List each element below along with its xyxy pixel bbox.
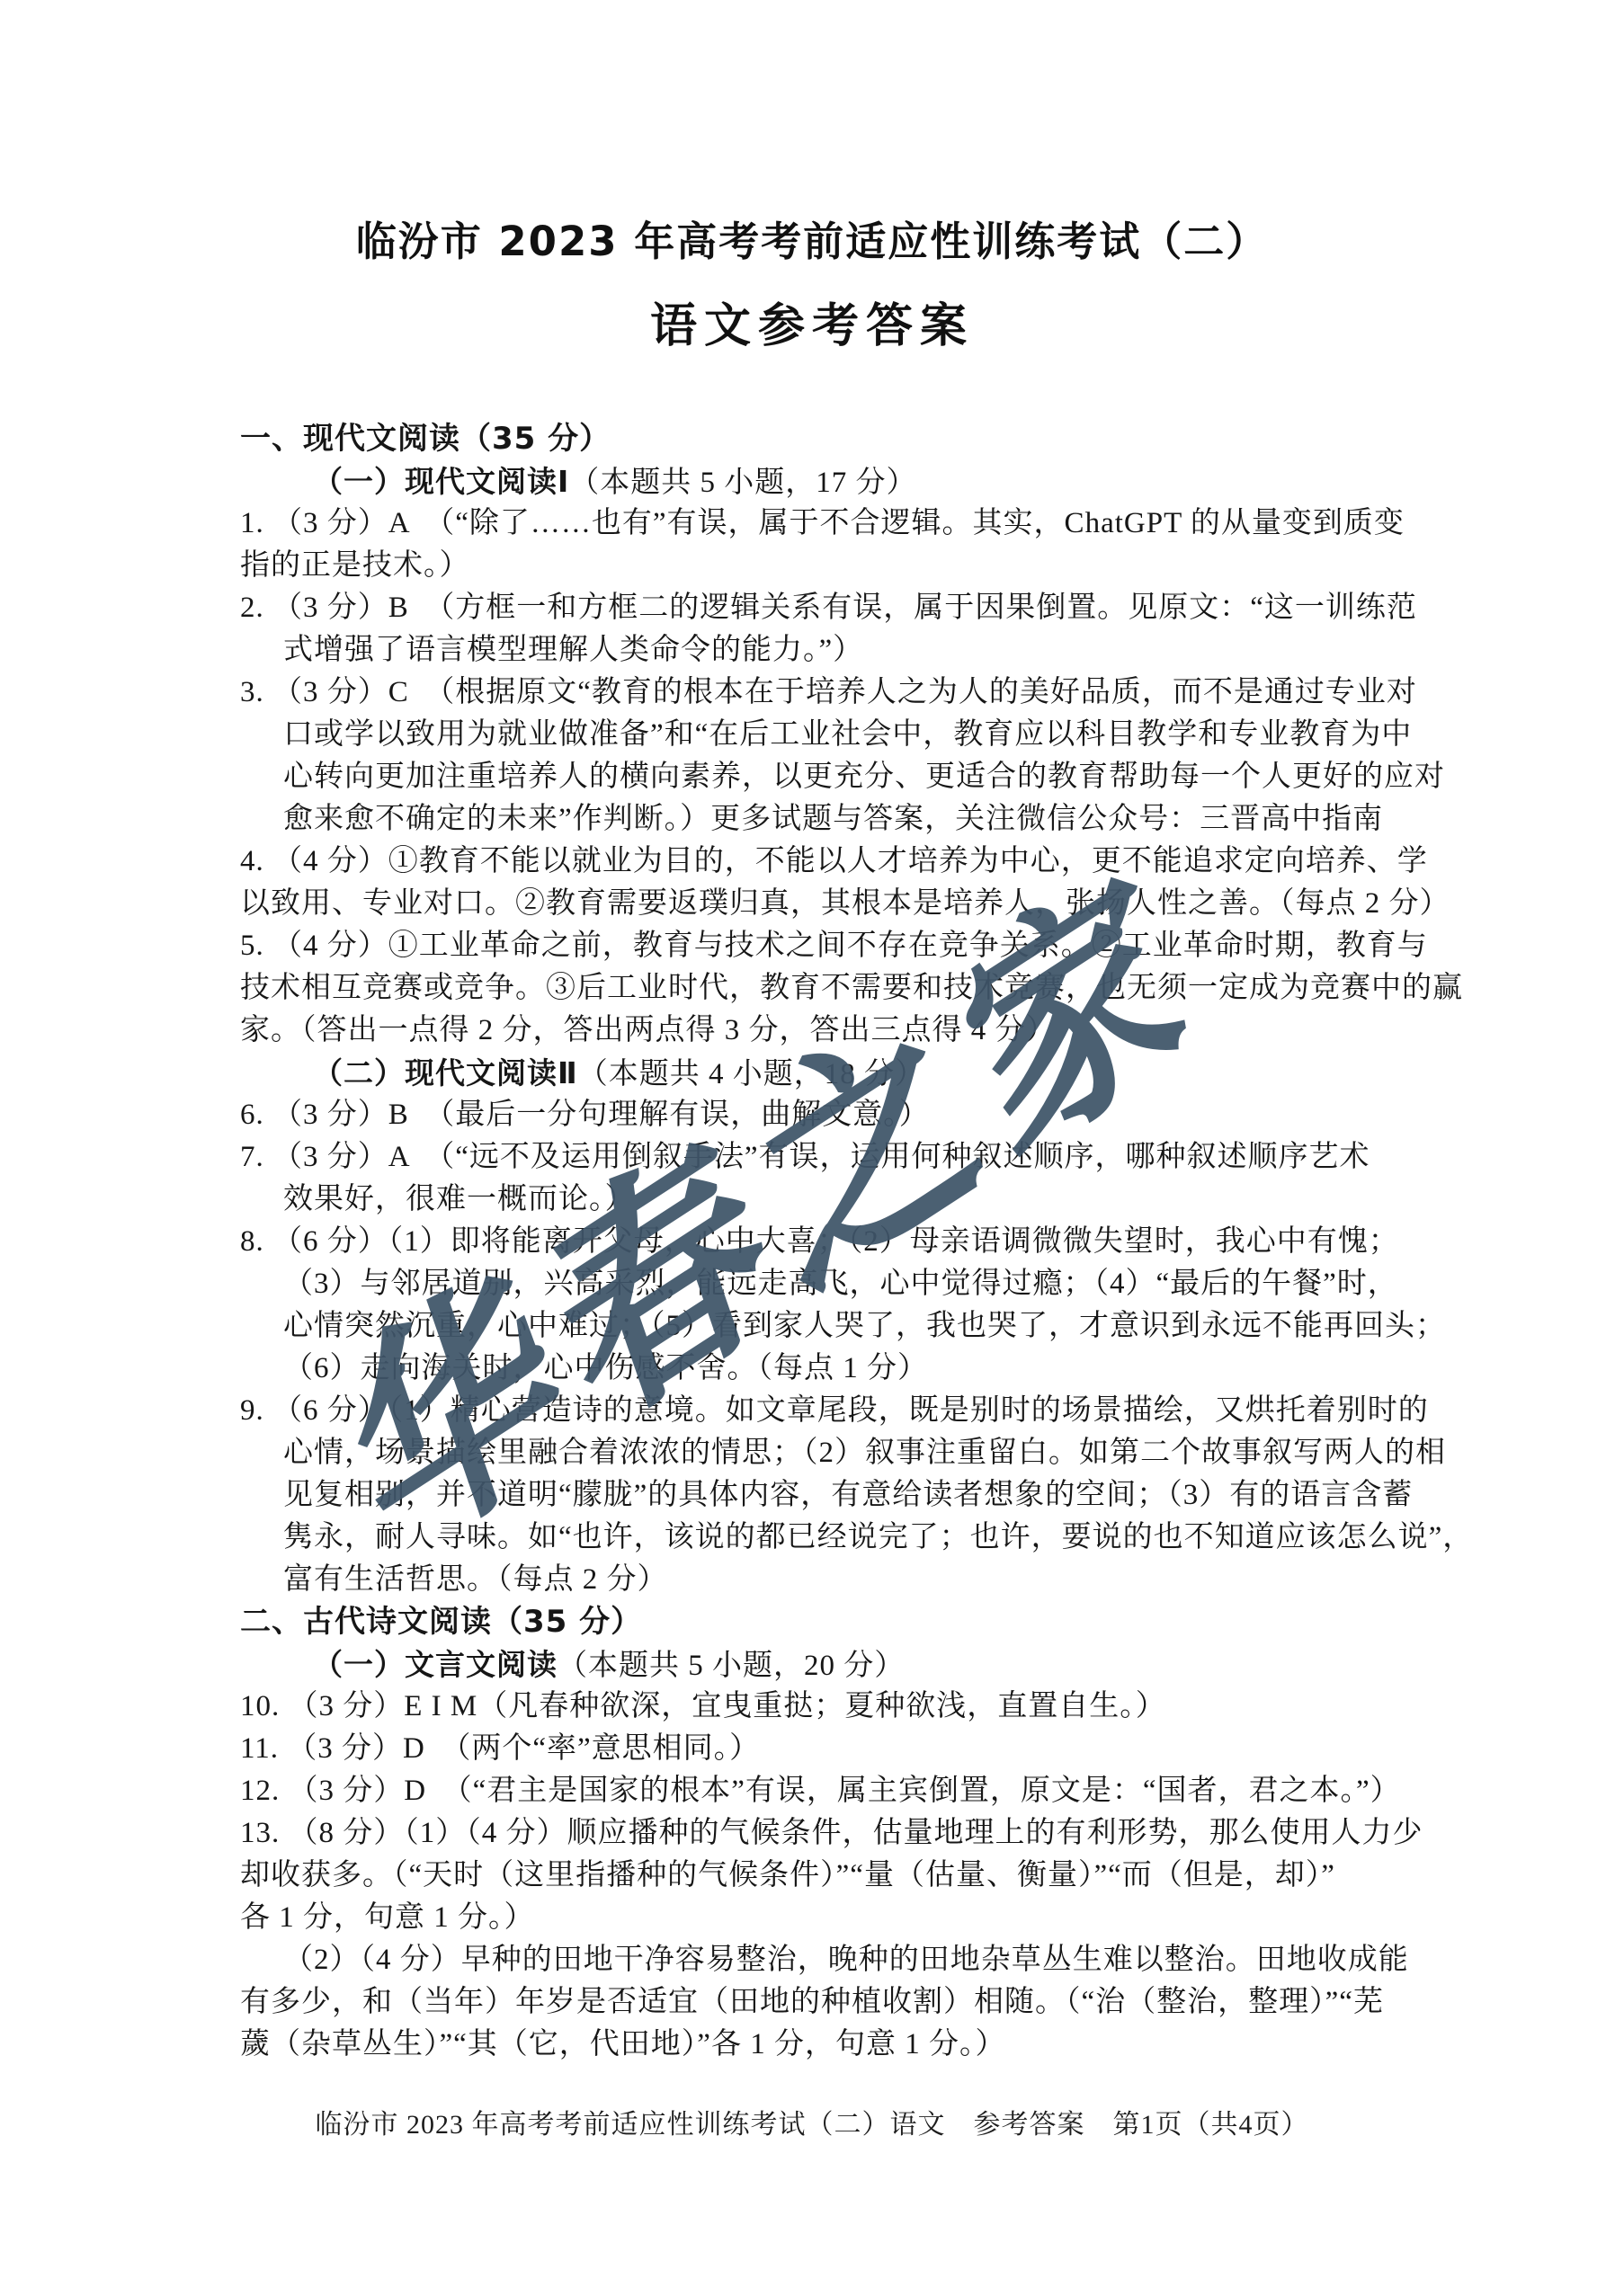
answer-line: 却收获多。（“天时（这里指播种的气候条件）”“量（估量、衡量）”“而（但是，却）… (240, 1855, 1409, 1897)
answer-line: 3. （3 分）C （根据原文“教育的根本在于培养人之为人的美好品质，而不是通过… (240, 672, 1409, 714)
answer-line-text: 心转向更加注重培养人的横向素养，以更充分、更适合的教育帮助每一个人更好的应对 (283, 761, 1445, 793)
answer-line-text: 效果好，很难一概而论。） (283, 1183, 636, 1215)
answer-line-heading: （一）文言文阅读 (313, 1647, 558, 1682)
answer-line-text: 技术相互竞赛或竞争。③后工业时代，教育不需要和技术竞赛，也无须一定成为竞赛中的赢 (240, 972, 1463, 1004)
answer-line-text: 2. （3 分）B （方框一和方框二的逻辑关系有误，属于因果倒置。见原文：“这一… (240, 592, 1417, 624)
answer-line: （一）现代文阅读Ⅰ（本题共 5 小题，17 分） (240, 460, 1409, 503)
exam-answer-sheet-page: 临汾市 2023 年高考考前适应性训练考试（二） 语文参考答案 一、现代文阅读（… (0, 0, 1624, 2296)
answer-line-text: （本题共 4 小题，18 分） (578, 1058, 925, 1090)
answer-line: 心转向更加注重培养人的横向素养，以更充分、更适合的教育帮助每一个人更好的应对 (240, 756, 1409, 798)
answer-line-text: 10. （3 分）E I M（凡春种欲深，宜曳重挞；夏种欲浅，直置自生。） (240, 1690, 1166, 1722)
answer-line-heading: （二）现代文阅读Ⅱ (313, 1055, 578, 1090)
answer-line: 指的正是技术。） (240, 545, 1409, 587)
answer-line: 2. （3 分）B （方框一和方框二的逻辑关系有误，属于因果倒置。见原文：“这一… (240, 587, 1409, 629)
answer-line-text: 隽永，耐人寻味。如“也许，该说的都已经说完了；也许，要说的也不知道应该怎么说”， (283, 1521, 1473, 1553)
answer-line-text: 薉（杂草丛生）”“其（它，代田地）”各 1 分，句意 1 分。） (240, 2028, 1005, 2060)
answer-line: 11. （3 分）D （两个“率”意思相同。） (240, 1728, 1409, 1770)
answer-line-text: 8. （6 分）（1）即将能离开父母，心中大喜；（2）母亲语调微微失望时，我心中… (240, 1225, 1399, 1258)
answer-line-text: 有多少，和（当年）年岁是否适宜（田地的种植收割）相随。（“治（整治，整理）”“芜 (240, 1986, 1384, 2018)
answer-line: 7. （3 分）A （“远不及运用倒叙手法”有误，运用何种叙述顺序，哪种叙述顺序… (240, 1136, 1409, 1179)
answer-line-text: 4. （4 分）①教育不能以就业为目的，不能以人才培养为中心，更不能追求定向培养… (240, 845, 1428, 877)
answer-line: 式增强了语言模型理解人类命令的能力。”） (240, 629, 1409, 672)
answer-line: 1. （3 分）A （“除了……也有”有误，属于不合逻辑。其实，ChatGPT … (240, 503, 1409, 545)
answer-line: 隽永，耐人寻味。如“也许，该说的都已经说完了；也许，要说的也不知道应该怎么说”， (240, 1517, 1409, 1559)
document-subtitle: 语文参考答案 (0, 288, 1624, 355)
answer-line-text: 13. （8 分）（1）（4 分）顺应播种的气候条件，估量地理上的有利形势，那么… (240, 1817, 1423, 1849)
answer-line: 技术相互竞赛或竞争。③后工业时代，教育不需要和技术竞赛，也无须一定成为竞赛中的赢 (240, 967, 1409, 1010)
answer-line-text: 1. （3 分）A （“除了……也有”有误，属于不合逻辑。其实，ChatGPT … (240, 507, 1405, 539)
answer-line: 口或学以致用为就业做准备”和“在后工业社会中，教育应以科目教学和专业教育为中 (240, 714, 1409, 756)
answer-line: 10. （3 分）E I M（凡春种欲深，宜曳重挞；夏种欲浅，直置自生。） (240, 1686, 1409, 1728)
answer-line-text: 却收获多。（“天时（这里指播种的气候条件）”“量（估量、衡量）”“而（但是，却）… (240, 1859, 1335, 1891)
answer-line-text: 心情突然沉重，心中难过；（5）看到家人哭了，我也哭了，才意识到永远不能再回头； (283, 1310, 1446, 1342)
answer-line: 效果好，很难一概而论。） (240, 1179, 1409, 1221)
answer-line: 有多少，和（当年）年岁是否适宜（田地的种植收割）相随。（“治（整治，整理）”“芜 (240, 1981, 1409, 2024)
answer-line-text: 3. （3 分）C （根据原文“教育的根本在于培养人之为人的美好品质，而不是通过… (240, 676, 1417, 708)
answer-line: （2）（4 分）早种的田地干净容易整治，晚种的田地杂草丛生难以整治。田地收成能 (240, 1939, 1409, 1981)
document-title: 临汾市 2023 年高考考前适应性训练考试（二） (0, 209, 1624, 267)
answer-line: 愈来愈不确定的未来”作判断。）更多试题与答案，关注微信公众号：三晋高中指南 (240, 798, 1409, 841)
answer-line-text: 式增强了语言模型理解人类命令的能力。”） (283, 634, 863, 666)
answer-line: 以致用、专业对口。②教育需要返璞归真，其根本是培养人，张扬人性之善。（每点 2 … (240, 883, 1409, 925)
answer-line: 13. （8 分）（1）（4 分）顺应播种的气候条件，估量地理上的有利形势，那么… (240, 1812, 1409, 1855)
answer-line-text: 12. （3 分）D （“君主是国家的根本”有误，属主宾倒置，原文是：“国者，君… (240, 1775, 1401, 1807)
answer-list: 一、现代文阅读（35 分）（一）现代文阅读Ⅰ（本题共 5 小题，17 分）1. … (240, 418, 1409, 2066)
answer-line-text: 口或学以致用为就业做准备”和“在后工业社会中，教育应以科目教学和专业教育为中 (283, 718, 1412, 751)
answer-line-text: （3）与邻居道别，兴高采烈，能远走高飞，心中觉得过瘾；（4）“最后的午餐”时， (283, 1268, 1398, 1300)
answer-line: （3）与邻居道别，兴高采烈，能远走高飞，心中觉得过瘾；（4）“最后的午餐”时， (240, 1263, 1409, 1305)
answer-line-text: 7. （3 分）A （“远不及运用倒叙手法”有误，运用何种叙述顺序，哪种叙述顺序… (240, 1141, 1370, 1173)
answer-line-text: （6）走向海关时，心中伤感不舍。（每点 1 分） (283, 1352, 928, 1384)
answer-line: 9. （6 分）（1）精心营造诗的意境。如文章尾段，既是别时的场景描绘，又烘托着… (240, 1390, 1409, 1432)
answer-line-heading: 二、古代诗文阅读（35 分） (240, 1604, 642, 1640)
answer-line-text: 6. （3 分）B （最后一分句理解有误，曲解文意。） (240, 1099, 930, 1131)
answer-line: 6. （3 分）B （最后一分句理解有误，曲解文意。） (240, 1094, 1409, 1136)
answer-line-text: （本题共 5 小题，20 分） (558, 1650, 905, 1682)
answer-line: 家。（答出一点得 2 分，答出两点得 3 分，答出三点得 4 分） (240, 1010, 1409, 1052)
answer-line: 4. （4 分）①教育不能以就业为目的，不能以人才培养为中心，更不能追求定向培养… (240, 841, 1409, 883)
answer-line-text: 各 1 分，句意 1 分。） (240, 1901, 535, 1934)
answer-line: （二）现代文阅读Ⅱ（本题共 4 小题，18 分） (240, 1052, 1409, 1094)
answer-line: 薉（杂草丛生）”“其（它，代田地）”各 1 分，句意 1 分。） (240, 2024, 1409, 2066)
answer-line: 8. （6 分）（1）即将能离开父母，心中大喜；（2）母亲语调微微失望时，我心中… (240, 1221, 1409, 1263)
answer-line: （一）文言文阅读（本题共 5 小题，20 分） (240, 1643, 1409, 1686)
answer-line: 5. （4 分）①工业革命之前，教育与技术之间不存在竞争关系。②工业革命时期，教… (240, 925, 1409, 967)
answer-line: 心情，场景描绘里融合着浓浓的情思；（2）叙事注重留白。如第二个故事叙写两人的相 (240, 1432, 1409, 1474)
answer-line-text: 5. （4 分）①工业革命之前，教育与技术之间不存在竞争关系。②工业革命时期，教… (240, 930, 1428, 962)
answer-line: （6）走向海关时，心中伤感不舍。（每点 1 分） (240, 1348, 1409, 1390)
answer-line: 二、古代诗文阅读（35 分） (240, 1601, 1409, 1643)
answer-line-text: 以致用、专业对口。②教育需要返璞归真，其根本是培养人，张扬人性之善。（每点 2 … (240, 887, 1450, 920)
answer-line-text: 见复相别，并不道明“朦胧”的具体内容，有意给读者想象的空间；（3）有的语言含蓄 (283, 1479, 1413, 1511)
answer-line-text: 家。（答出一点得 2 分，答出两点得 3 分，答出三点得 4 分） (240, 1014, 1057, 1046)
answer-line-text: 心情，场景描绘里融合着浓浓的情思；（2）叙事注重留白。如第二个故事叙写两人的相 (283, 1437, 1446, 1469)
answer-line: 见复相别，并不道明“朦胧”的具体内容，有意给读者想象的空间；（3）有的语言含蓄 (240, 1474, 1409, 1517)
answer-line-text: 富有生活哲思。（每点 2 分） (283, 1563, 668, 1596)
answer-line-text: 9. （6 分）（1）精心营造诗的意境。如文章尾段，既是别时的场景描绘，又烘托着… (240, 1394, 1429, 1427)
answer-line-text: 11. （3 分）D （两个“率”意思相同。） (240, 1732, 760, 1765)
answer-line: 12. （3 分）D （“君主是国家的根本”有误，属主宾倒置，原文是：“国者，君… (240, 1770, 1409, 1812)
answer-line-text: （本题共 5 小题，17 分） (569, 467, 916, 499)
answer-line-text: （2）（4 分）早种的田地干净容易整治，晚种的田地杂草丛生难以整治。田地收成能 (283, 1944, 1409, 1976)
answer-line: 富有生活哲思。（每点 2 分） (240, 1559, 1409, 1601)
answer-line-heading: 一、现代文阅读（35 分） (240, 421, 611, 457)
page-footer: 临汾市 2023 年高考考前适应性训练考试（二）语文 参考答案 第1页（共4页） (0, 2102, 1624, 2141)
answer-line: 心情突然沉重，心中难过；（5）看到家人哭了，我也哭了，才意识到永远不能再回头； (240, 1305, 1409, 1348)
answer-line-heading: （一）现代文阅读Ⅰ (313, 464, 569, 499)
answer-line: 各 1 分，句意 1 分。） (240, 1897, 1409, 1939)
answer-line: 一、现代文阅读（35 分） (240, 418, 1409, 460)
answer-line-text: 指的正是技术。） (240, 549, 470, 582)
answer-line-text: 愈来愈不确定的未来”作判断。）更多试题与答案，关注微信公众号：三晋高中指南 (283, 803, 1383, 835)
